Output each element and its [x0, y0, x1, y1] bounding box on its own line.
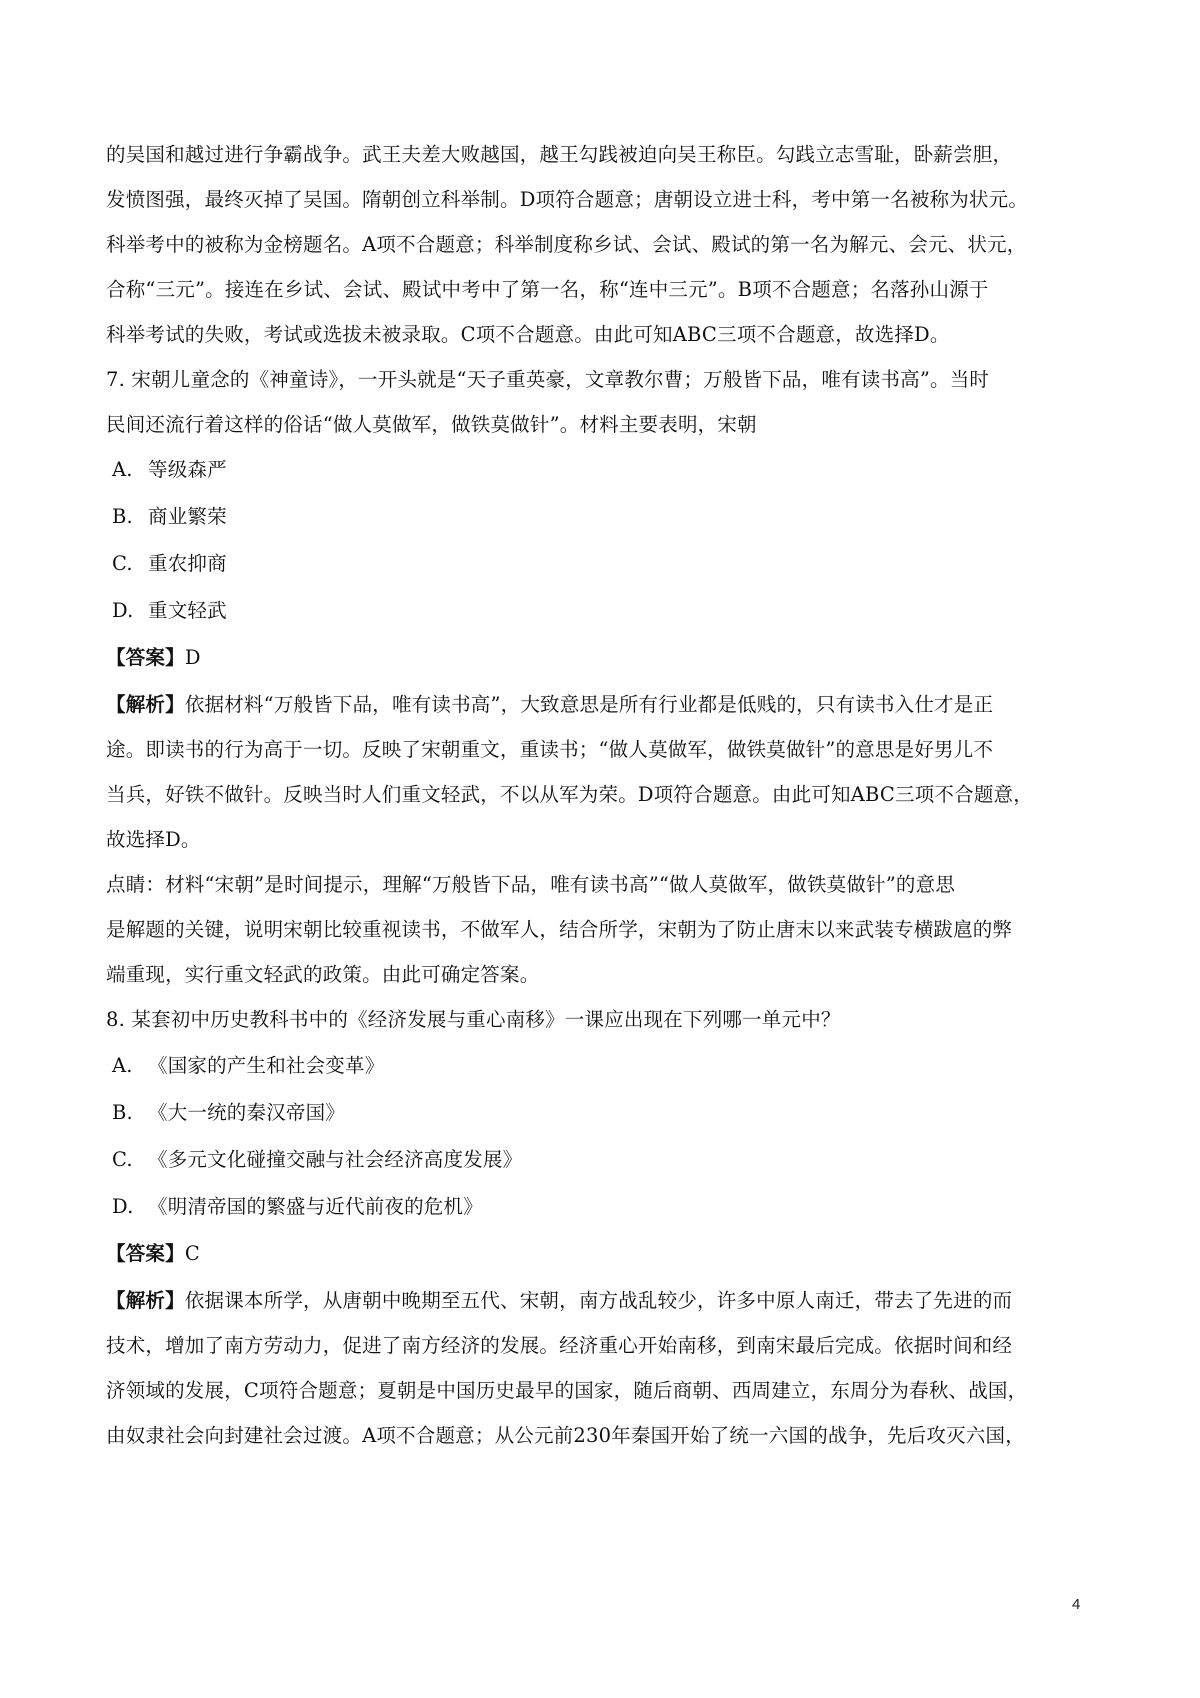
option-label: D. — [112, 596, 148, 626]
text-line: 途。即读书的行为高于一切。反映了宋朝重文，重读书；“做人莫做军，做铁莫做针”的意… — [106, 735, 993, 765]
option-text: 等级森严 — [148, 458, 227, 481]
text-line: 合称“三元”。接连在乡试、会试、殿试中考中了第一名，称“连中三元”。B项不合题意… — [106, 275, 989, 305]
option-label: A. — [112, 1051, 148, 1081]
text-line: 端重现，实行重文轻武的政策。由此可确定答案。 — [106, 960, 539, 990]
text-line: 故选择D。 — [106, 825, 201, 855]
answer-value: D — [185, 646, 201, 669]
text-line: 济领域的发展，C项符合题意；夏朝是中国历史最早的国家，随后商朝、西周建立，东周分… — [106, 1376, 1027, 1406]
question-7-option-d: D.重文轻武 — [112, 596, 227, 626]
answer-tag: 【答案】 — [106, 1242, 185, 1265]
answer-value: C — [185, 1242, 200, 1265]
question-7-option-c: C.重农抑商 — [112, 549, 227, 579]
question-7-stem: 7. 宋朝儿童念的《神童诗》，一开头就是“天子重英豪，文章教尔曹；万般皆下品，唯… — [106, 365, 989, 395]
option-text: 商业繁荣 — [148, 505, 227, 528]
question-8-option-c: C.《多元文化碰撞交融与社会经济高度发展》 — [112, 1145, 522, 1175]
option-label: C. — [112, 1145, 148, 1175]
question-7-option-a: A.等级森严 — [112, 455, 227, 485]
question-8-stem: 8. 某套初中历史教科书中的《经济发展与重心南移》一课应出现在下列哪一单元中？ — [106, 1005, 841, 1035]
question-8-option-a: A.《国家的产生和社会变革》 — [112, 1051, 384, 1081]
option-label: B. — [112, 1098, 148, 1128]
question-8-analysis: 【解析】依据课本所学，从唐朝中晚期至五代、宋朝，南方战乱较少，许多中原人南迁，带… — [106, 1286, 1012, 1316]
option-text: 《国家的产生和社会变革》 — [148, 1054, 384, 1077]
option-label: B. — [112, 502, 148, 532]
question-7-analysis: 【解析】依据材料“万般皆下品，唯有读书高”，大致意思是所有行业都是低贱的，只有读… — [106, 690, 993, 720]
option-text: 《明清帝国的繁盛与近代前夜的危机》 — [148, 1195, 483, 1218]
answer-tag: 【答案】 — [106, 646, 185, 669]
page-number: 4 — [1072, 1596, 1080, 1613]
question-8-answer: 【答案】C — [106, 1239, 200, 1269]
text-line: 的吴国和越过进行争霸战争。武王夫差大败越国，越王勾践被迫向吴王称臣。勾践立志雪耻… — [106, 140, 1012, 170]
text-line: 科举考试的失败，考试或选拔未被录取。C项不合题意。由此可知ABC三项不合题意，故… — [106, 320, 950, 350]
question-7-comment: 点睛：材料“宋朝”是时间提示，理解“万般皆下品，唯有读书高”“做人莫做军，做铁莫… — [106, 870, 955, 900]
question-7-answer: 【答案】D — [106, 643, 201, 673]
question-7-option-b: B.商业繁荣 — [112, 502, 227, 532]
analysis-tag: 【解析】 — [106, 693, 185, 716]
text-line: 技术，增加了南方劳动力，促进了南方经济的发展。经济重心开始南移，到南宋最后完成。… — [106, 1331, 1012, 1361]
question-8-option-d: D.《明清帝国的繁盛与近代前夜的危机》 — [112, 1192, 483, 1222]
text-line: 由奴隶社会向封建社会过渡。A项不合题意；从公元前230年秦国开始了统一六国的战争… — [106, 1421, 1025, 1451]
question-8-option-b: B.《大一统的秦汉帝国》 — [112, 1098, 345, 1128]
question-7-stem: 民间还流行着这样的俗话“做人莫做军，做铁莫做针”。材料主要表明，宋朝 — [106, 410, 757, 440]
text-line: 科举考中的被称为金榜题名。A项不合题意；科举制度称乡试、会试、殿试的第一名为解元… — [106, 230, 1026, 260]
analysis-text: 依据课本所学，从唐朝中晚期至五代、宋朝，南方战乱较少，许多中原人南迁，带去了先进… — [185, 1289, 1012, 1312]
analysis-tag: 【解析】 — [106, 1289, 185, 1312]
option-text: 重农抑商 — [148, 552, 227, 575]
option-label: C. — [112, 549, 148, 579]
option-text: 重文轻武 — [148, 599, 227, 622]
option-text: 《大一统的秦汉帝国》 — [148, 1101, 345, 1124]
analysis-text: 依据材料“万般皆下品，唯有读书高”，大致意思是所有行业都是低贱的，只有读书入仕才… — [185, 693, 993, 716]
option-text: 《多元文化碰撞交融与社会经济高度发展》 — [148, 1148, 522, 1171]
text-line: 是解题的关键，说明宋朝比较重视读书，不做军人，结合所学，宋朝为了防止唐末以来武装… — [106, 915, 1012, 945]
option-label: D. — [112, 1192, 148, 1222]
option-label: A. — [112, 455, 148, 485]
text-line: 当兵，好铁不做针。反映当时人们重文轻武，不以从军为荣。D项符合题意。由此可知AB… — [106, 780, 1033, 810]
text-line: 发愤图强，最终灭掉了吴国。隋朝创立科举制。D项符合题意；唐朝设立进士科，考中第一… — [106, 185, 1028, 215]
